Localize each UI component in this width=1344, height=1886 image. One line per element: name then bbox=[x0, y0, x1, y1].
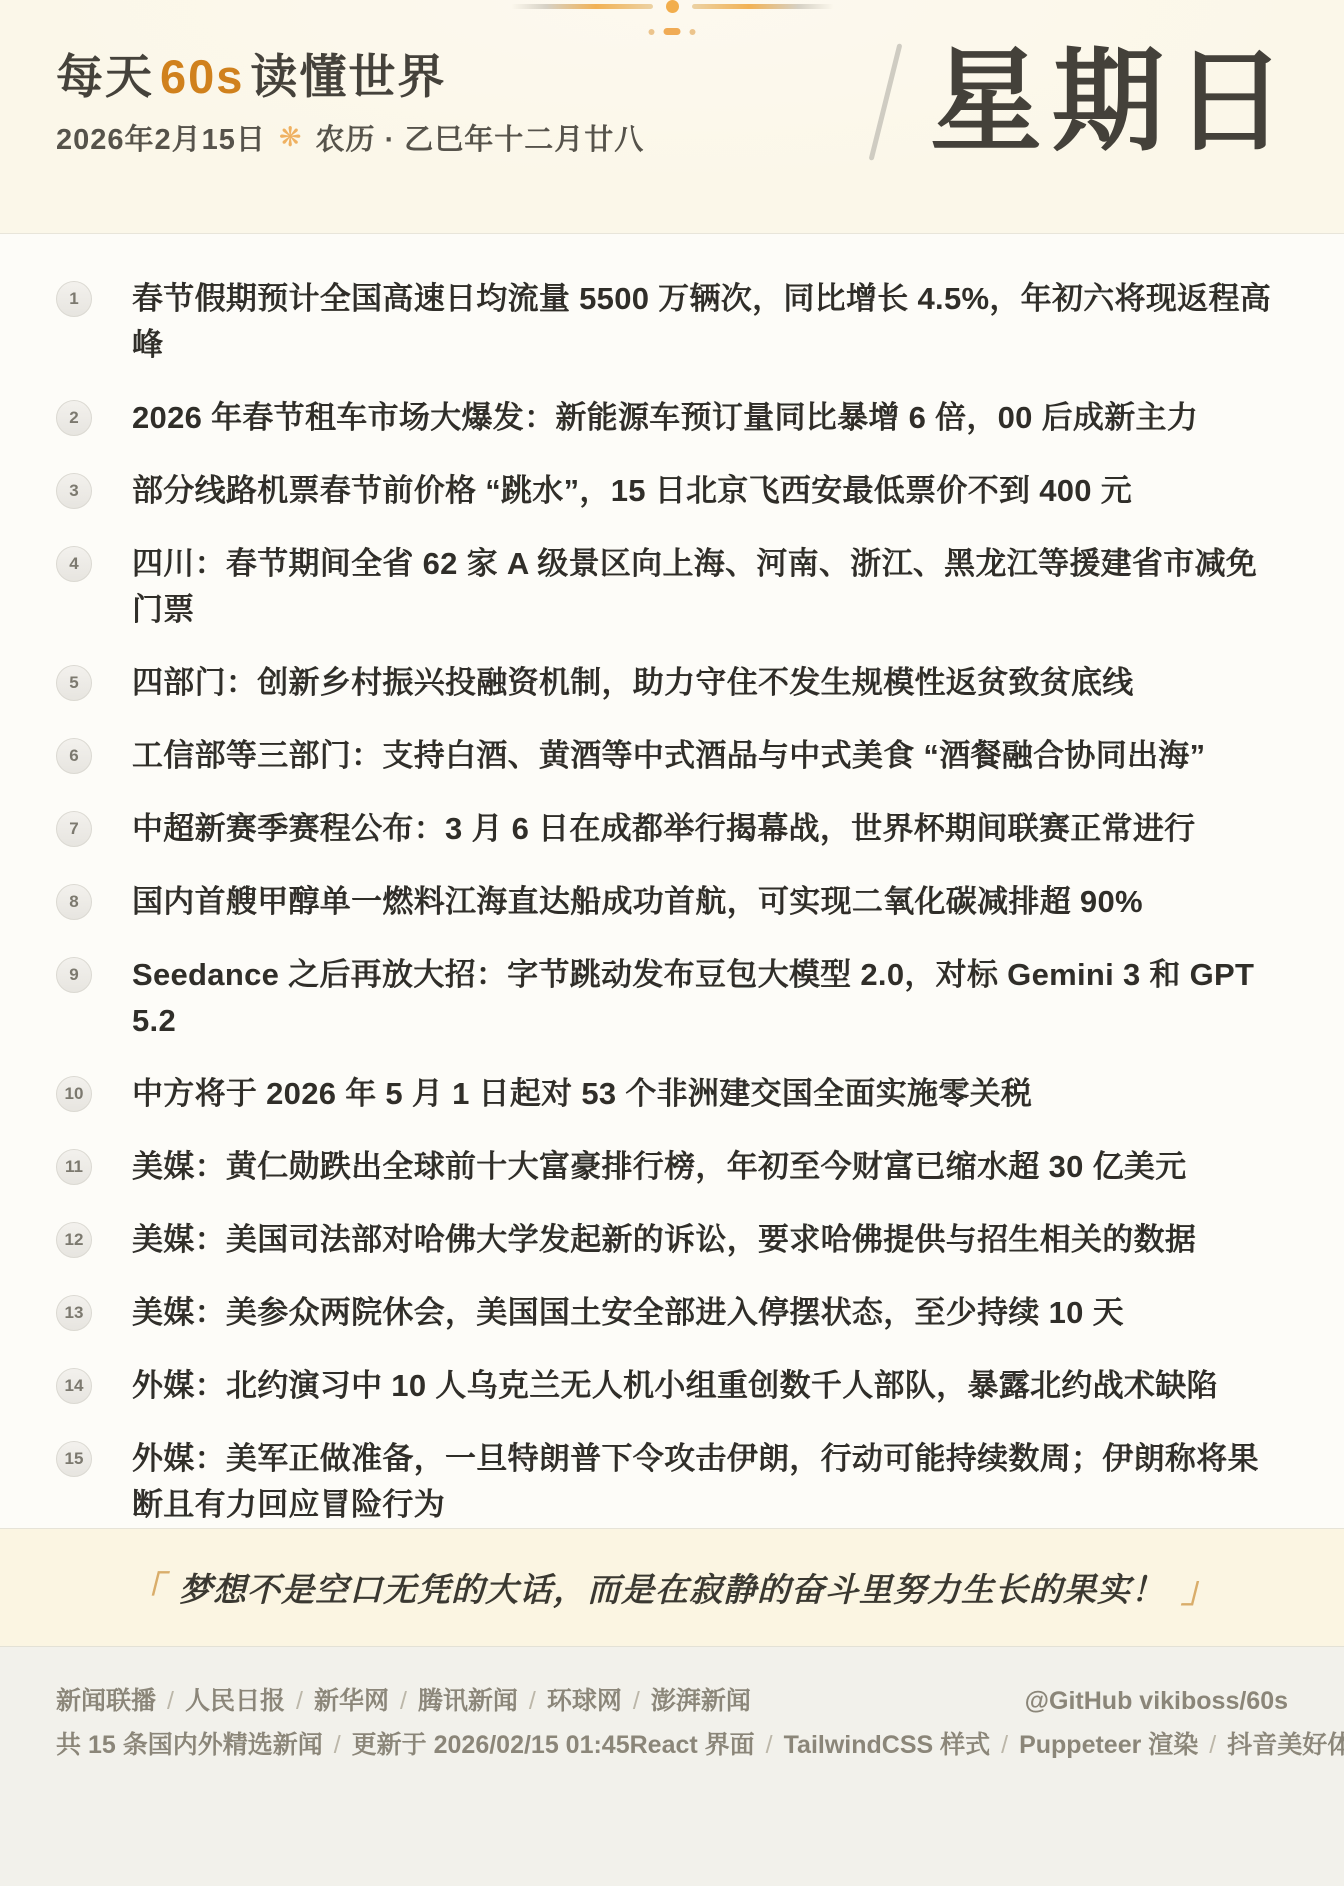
item-text: 四川：春节期间全省 62 家 A 级景区向上海、河南、浙江、黑龙江等援建省市减免… bbox=[132, 541, 1288, 633]
source-name: 新闻联播 bbox=[56, 1685, 156, 1717]
item-number-badge: 6 bbox=[56, 738, 92, 774]
item-text: 2026 年春节租车市场大爆发：新能源车预订量同比暴增 6 倍，00 后成新主力 bbox=[132, 395, 1198, 441]
tech-text: React 界面 bbox=[630, 1729, 755, 1761]
tech-text: Puppeteer 渲染 bbox=[1019, 1729, 1198, 1761]
item-text: 春节假期预计全国高速日均流量 5500 万辆次，同比增长 4.5%，年初六将现返… bbox=[132, 276, 1288, 368]
item-number-badge: 3 bbox=[56, 473, 92, 509]
title-highlight: 60s bbox=[154, 50, 250, 103]
title-prefix: 每天 bbox=[56, 50, 154, 103]
news-item: 2 2026 年春节租车市场大爆发：新能源车预订量同比暴增 6 倍，00 后成新… bbox=[56, 395, 1288, 441]
news-item: 3 部分线路机票春节前价格 “跳水”，15 日北京飞西安最低票价不到 400 元 bbox=[56, 468, 1288, 514]
separator: / bbox=[633, 1685, 640, 1717]
separator: / bbox=[167, 1685, 174, 1717]
item-text: 部分线路机票春节前价格 “跳水”，15 日北京飞西安最低票价不到 400 元 bbox=[132, 468, 1132, 514]
separator: / bbox=[296, 1685, 303, 1717]
weekday-text: 星期日 bbox=[930, 46, 1296, 158]
separator: / bbox=[1001, 1729, 1008, 1761]
item-text: 美媒：黄仁勋跌出全球前十大富豪排行榜，年初至今财富已缩水超 30 亿美元 bbox=[132, 1144, 1187, 1190]
separator: / bbox=[766, 1729, 773, 1761]
separator: / bbox=[529, 1685, 536, 1717]
title-suffix: 读懂世界 bbox=[250, 50, 446, 103]
item-number-badge: 4 bbox=[56, 546, 92, 582]
item-number-badge: 13 bbox=[56, 1295, 92, 1331]
github-handle: @GitHub vikiboss/60s bbox=[1025, 1685, 1288, 1717]
meta-list: 共 15 条国内外精选新闻/更新于 2026/02/15 01:45 bbox=[56, 1729, 630, 1761]
item-number-badge: 7 bbox=[56, 811, 92, 847]
quote-section: 「 梦想不是空口无凭的大话，而是在寂静的奋斗里努力生长的果实！ 」 bbox=[0, 1528, 1344, 1647]
decoration-dots bbox=[649, 28, 696, 35]
quote-close-bracket-icon: 」 bbox=[1181, 1562, 1217, 1613]
news-item: 9 Seedance 之后再放大招：字节跳动发布豆包大模型 2.0，对标 Gem… bbox=[56, 952, 1288, 1044]
news-list: 1 春节假期预计全国高速日均流量 5500 万辆次，同比增长 4.5%，年初六将… bbox=[56, 276, 1288, 1528]
date-text: 2026年2月15日 bbox=[56, 117, 266, 158]
source-name: 澎湃新闻 bbox=[651, 1685, 751, 1717]
quote-open-bracket-icon: 「 bbox=[127, 1562, 163, 1613]
top-decoration bbox=[0, 0, 1344, 13]
decoration-line-right bbox=[692, 4, 834, 9]
dot-icon bbox=[690, 29, 696, 35]
item-text: 四部门：创新乡村振兴投融资机制，助力守住不发生规模性返贫致贫底线 bbox=[132, 660, 1134, 706]
item-number-badge: 11 bbox=[56, 1149, 92, 1185]
decoration-circle-icon bbox=[666, 0, 679, 13]
item-number-badge: 5 bbox=[56, 665, 92, 701]
news-item: 14 外媒：北约演习中 10 人乌克兰无人机小组重创数千人部队，暴露北约战术缺陷 bbox=[56, 1363, 1288, 1409]
dash-icon bbox=[664, 28, 681, 35]
lunar-date-text: 农历 · 乙巳年十二月廿八 bbox=[316, 117, 645, 158]
item-text: 外媒：北约演习中 10 人乌克兰无人机小组重创数千人部队，暴露北约战术缺陷 bbox=[132, 1363, 1218, 1409]
page-title: 每天60s读懂世界 bbox=[56, 50, 644, 104]
item-text: Seedance 之后再放大招：字节跳动发布豆包大模型 2.0，对标 Gemin… bbox=[132, 952, 1288, 1044]
item-number-badge: 15 bbox=[56, 1441, 92, 1477]
item-text: 工信部等三部门：支持白酒、黄酒等中式酒品与中式美食 “酒餐融合协同出海” bbox=[132, 733, 1205, 779]
source-name: 环球网 bbox=[547, 1685, 622, 1717]
news-item: 1 春节假期预计全国高速日均流量 5500 万辆次，同比增长 4.5%，年初六将… bbox=[56, 276, 1288, 368]
separator: / bbox=[334, 1729, 341, 1761]
header: 每天60s读懂世界 2026年2月15日 ❋ 农历 · 乙巳年十二月廿八 星期日 bbox=[0, 0, 1344, 234]
news-item: 11 美媒：黄仁勋跌出全球前十大富豪排行榜，年初至今财富已缩水超 30 亿美元 bbox=[56, 1144, 1288, 1190]
news-item: 13 美媒：美参众两院休会，美国国土安全部进入停摆状态，至少持续 10 天 bbox=[56, 1290, 1288, 1336]
source-name: 新华网 bbox=[314, 1685, 389, 1717]
item-text: 美媒：美国司法部对哈佛大学发起新的诉讼，要求哈佛提供与招生相关的数据 bbox=[132, 1217, 1196, 1263]
item-number-badge: 1 bbox=[56, 281, 92, 317]
item-number-badge: 14 bbox=[56, 1368, 92, 1404]
item-number-badge: 2 bbox=[56, 400, 92, 436]
item-text: 中方将于 2026 年 5 月 1 日起对 53 个非洲建交国全面实施零关税 bbox=[132, 1071, 1032, 1117]
meta-text: 更新于 2026/02/15 01:45 bbox=[352, 1729, 630, 1761]
source-name: 腾讯新闻 bbox=[418, 1685, 518, 1717]
news-item: 12 美媒：美国司法部对哈佛大学发起新的诉讼，要求哈佛提供与招生相关的数据 bbox=[56, 1217, 1288, 1263]
tech-text: 抖音美好体 bbox=[1227, 1729, 1344, 1761]
source-name: 人民日报 bbox=[185, 1685, 285, 1717]
news-item: 10 中方将于 2026 年 5 月 1 日起对 53 个非洲建交国全面实施零关… bbox=[56, 1071, 1288, 1117]
tech-list: React 界面/TailwindCSS 样式/Puppeteer 渲染/抖音美… bbox=[630, 1729, 1344, 1761]
news-item: 6 工信部等三部门：支持白酒、黄酒等中式酒品与中式美食 “酒餐融合协同出海” bbox=[56, 733, 1288, 779]
item-number-badge: 12 bbox=[56, 1222, 92, 1258]
item-number-badge: 8 bbox=[56, 884, 92, 920]
news-section: 1 春节假期预计全国高速日均流量 5500 万辆次，同比增长 4.5%，年初六将… bbox=[0, 234, 1344, 1528]
asterisk-icon: ❋ bbox=[279, 122, 303, 153]
separator: / bbox=[400, 1685, 407, 1717]
item-text: 外媒：美军正做准备，一旦特朗普下令攻击伊朗，行动可能持续数周；伊朗称将果断且有力… bbox=[132, 1436, 1288, 1528]
tech-text: TailwindCSS 样式 bbox=[784, 1729, 991, 1761]
footer: 新闻联播/人民日报/新华网/腾讯新闻/环球网/澎湃新闻 @GitHub viki… bbox=[0, 1647, 1344, 1886]
news-item: 7 中超新赛季赛程公布：3 月 6 日在成都举行揭幕战，世界杯期间联赛正常进行 bbox=[56, 806, 1288, 852]
item-number-badge: 9 bbox=[56, 957, 92, 993]
dot-icon bbox=[649, 29, 655, 35]
item-number-badge: 10 bbox=[56, 1076, 92, 1112]
meta-text: 共 15 条国内外精选新闻 bbox=[56, 1729, 323, 1761]
item-text: 国内首艘甲醇单一燃料江海直达船成功首航，可实现二氧化碳减排超 90% bbox=[132, 879, 1143, 925]
quote-text: 梦想不是空口无凭的大话，而是在寂静的奋斗里努力生长的果实！ bbox=[179, 1564, 1165, 1611]
news-item: 5 四部门：创新乡村振兴投融资机制，助力守住不发生规模性返贫致贫底线 bbox=[56, 660, 1288, 706]
slash-divider bbox=[869, 43, 903, 161]
source-list: 新闻联播/人民日报/新华网/腾讯新闻/环球网/澎湃新闻 bbox=[56, 1685, 751, 1717]
date-row: 2026年2月15日 ❋ 农历 · 乙巳年十二月廿八 bbox=[56, 117, 644, 158]
news-item: 15 外媒：美军正做准备，一旦特朗普下令攻击伊朗，行动可能持续数周；伊朗称将果断… bbox=[56, 1436, 1288, 1528]
item-text: 中超新赛季赛程公布：3 月 6 日在成都举行揭幕战，世界杯期间联赛正常进行 bbox=[132, 806, 1195, 852]
news-item: 4 四川：春节期间全省 62 家 A 级景区向上海、河南、浙江、黑龙江等援建省市… bbox=[56, 541, 1288, 633]
decoration-line-left bbox=[511, 4, 653, 9]
news-item: 8 国内首艘甲醇单一燃料江海直达船成功首航，可实现二氧化碳减排超 90% bbox=[56, 879, 1288, 925]
item-text: 美媒：美参众两院休会，美国国土安全部进入停摆状态，至少持续 10 天 bbox=[132, 1290, 1124, 1336]
separator: / bbox=[1209, 1729, 1216, 1761]
